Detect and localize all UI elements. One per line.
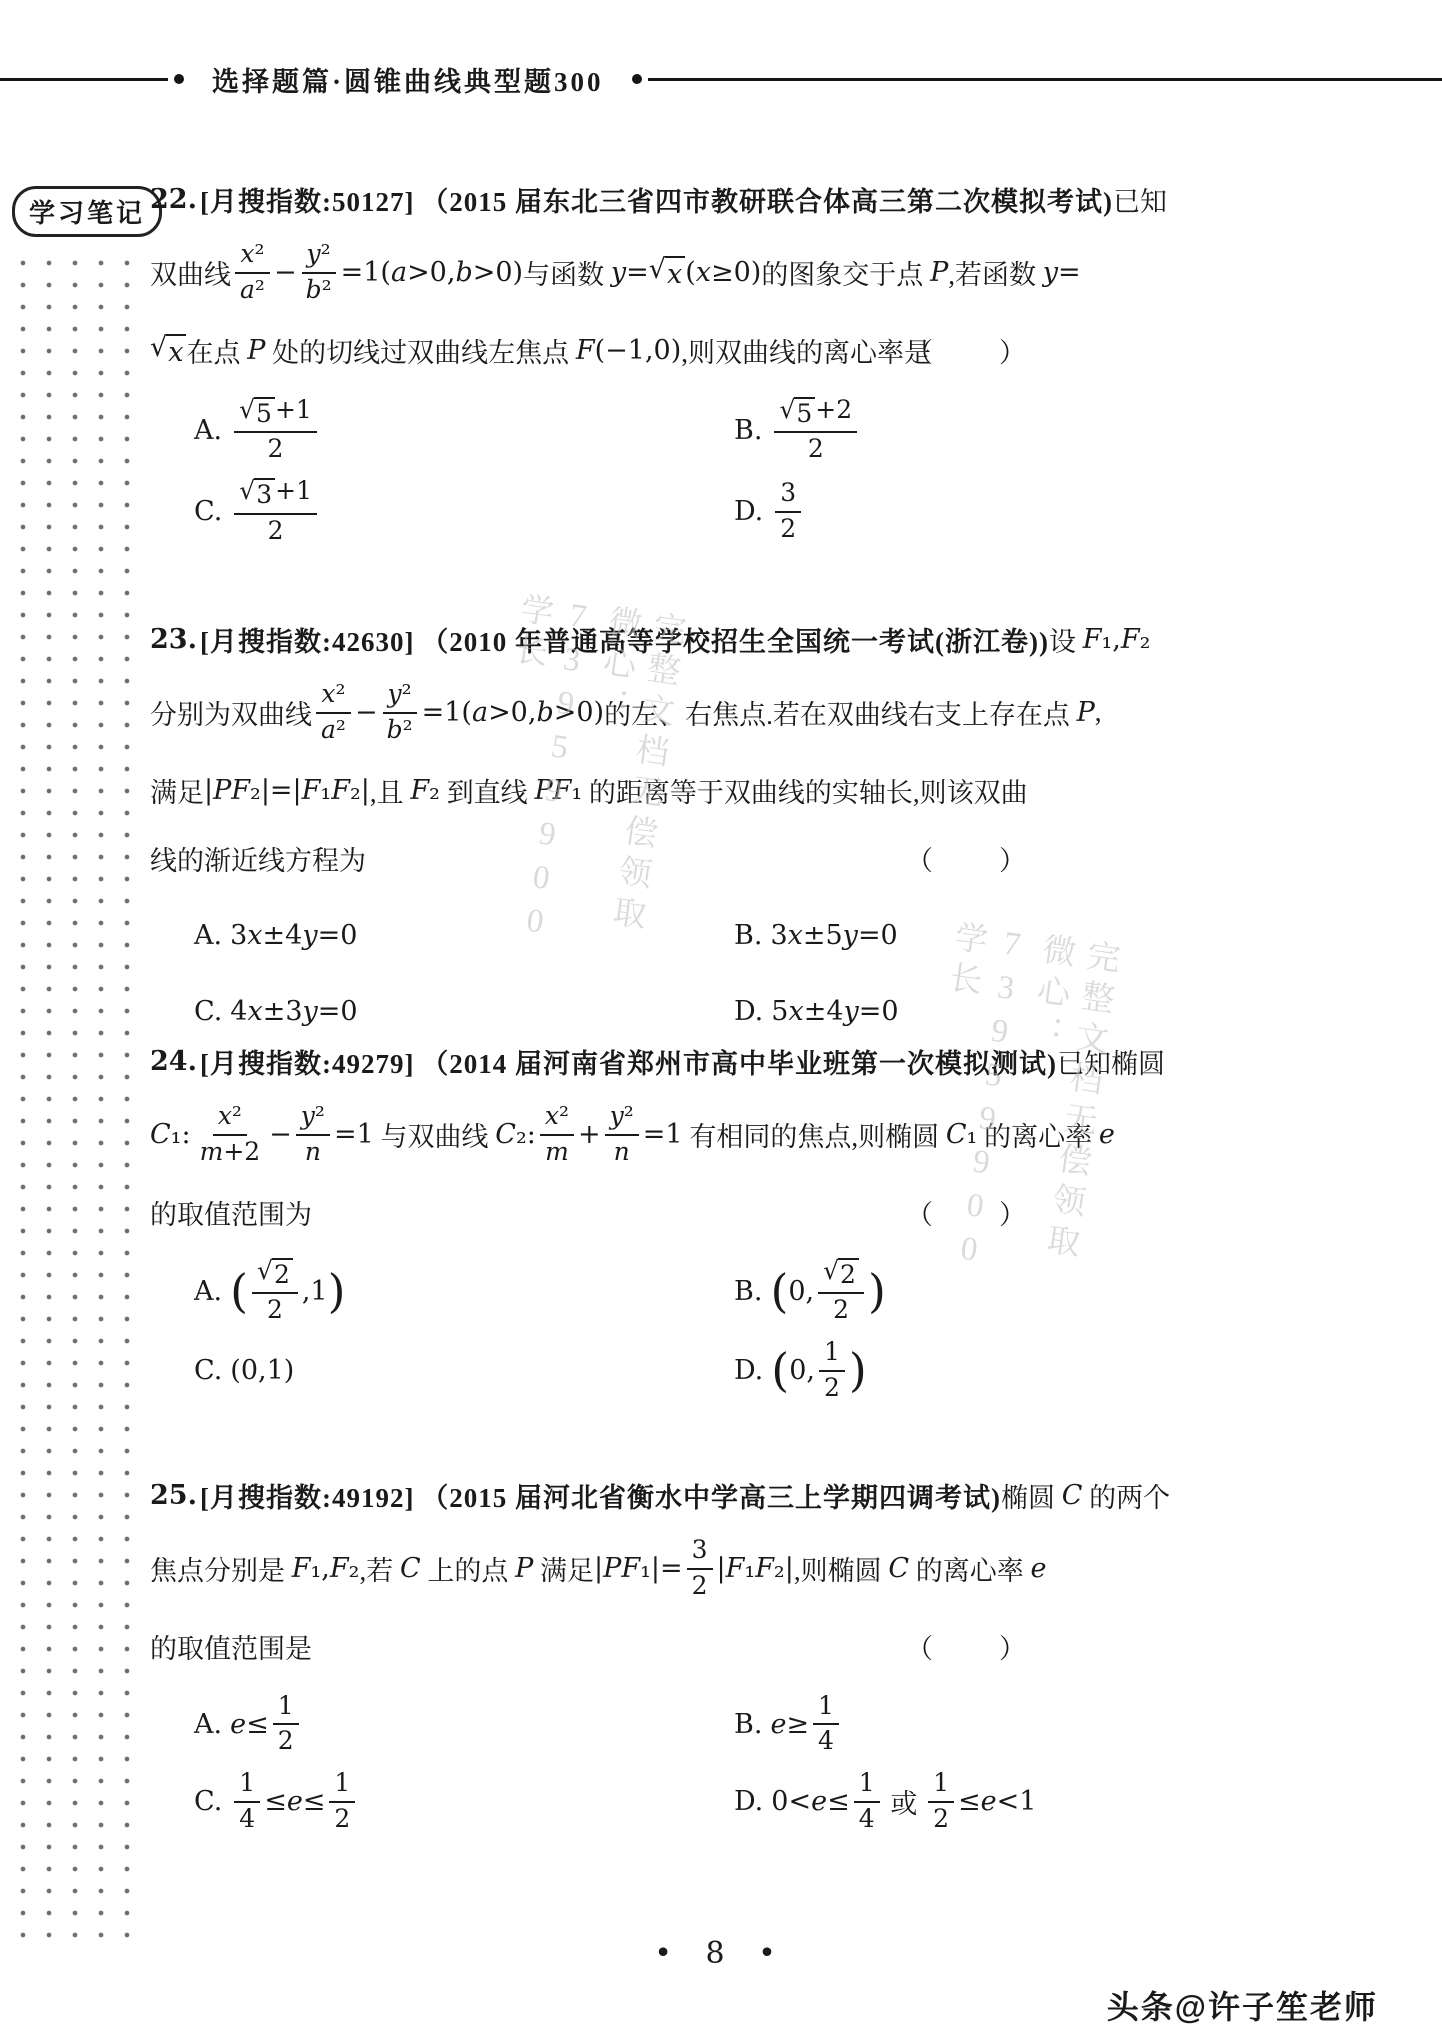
math-run: +1 bbox=[275, 476, 312, 505]
big-paren: ) bbox=[849, 1348, 867, 1394]
math-run: 2 bbox=[780, 514, 796, 543]
fraction-numerator: √2 bbox=[252, 1258, 298, 1295]
math-run: P bbox=[515, 1553, 533, 1584]
math-run: x² bbox=[321, 679, 345, 708]
fraction-denominator: b² bbox=[382, 714, 418, 746]
math-run: x² bbox=[545, 1101, 569, 1130]
radical-icon: √ bbox=[823, 1258, 839, 1291]
math-run: P bbox=[1077, 697, 1095, 728]
math-run: x bbox=[168, 337, 183, 368]
fraction: 14 bbox=[813, 1692, 839, 1758]
math-run: b² bbox=[387, 715, 413, 744]
math-run: +2 bbox=[815, 395, 852, 424]
fraction-denominator: 2 bbox=[262, 433, 288, 465]
fraction-denominator: 2 bbox=[273, 1725, 299, 1757]
question-line: 的取值范围是（ ） bbox=[150, 1624, 1320, 1670]
fraction-denominator: a² bbox=[235, 274, 270, 306]
math-run: y= bbox=[1043, 257, 1081, 288]
options-row: A.(√22,1)B.(0,√22) bbox=[150, 1258, 1320, 1327]
math-run: a² bbox=[321, 715, 346, 744]
option-C: C.4x±3y=0 bbox=[194, 996, 734, 1027]
fraction-numerator: y² bbox=[296, 1102, 330, 1136]
fraction: √5+22 bbox=[774, 396, 857, 466]
text-run: 的离心率 bbox=[977, 1115, 1099, 1154]
text-run bbox=[414, 1046, 421, 1077]
fraction-numerator: 3 bbox=[775, 479, 801, 513]
fraction-numerator: y² bbox=[383, 680, 417, 714]
math-run: P bbox=[247, 335, 265, 366]
question-number: 22. bbox=[150, 184, 197, 215]
fraction: √22 bbox=[252, 1258, 298, 1327]
math-run: x bbox=[667, 259, 682, 290]
math-run: P bbox=[930, 257, 948, 288]
fraction: y²n bbox=[605, 1102, 639, 1168]
option-label: D. bbox=[734, 996, 763, 1027]
math-run: 4 bbox=[859, 1804, 875, 1833]
radical-icon: √ bbox=[150, 334, 167, 368]
math-run: F₁,F₂ bbox=[1083, 624, 1151, 655]
option-label: C. bbox=[194, 996, 222, 1027]
option-B: B.(0,√22) bbox=[734, 1258, 1274, 1327]
math-run: b² bbox=[306, 275, 332, 304]
math-run: 3 bbox=[256, 480, 272, 509]
question-line: 分别为双曲线x²a²−y²b²=1(a>0,b>0)的左、右焦点.若在双曲线右支… bbox=[150, 680, 1320, 746]
fraction-numerator: y² bbox=[605, 1102, 639, 1136]
option-label: C. bbox=[194, 496, 222, 527]
sqrt-arg: 5 bbox=[254, 397, 275, 430]
question-line: 25.[月搜指数:49192] （2015 届河北省衡水中学高三上学期四调考试)… bbox=[150, 1472, 1320, 1518]
text-run: 满足 bbox=[150, 771, 204, 810]
text-run: ,若函数 bbox=[948, 253, 1043, 292]
exam-source: （2014 届河南省郑州市高中毕业班第一次模拟测试) bbox=[421, 1042, 1057, 1081]
option-label: B. bbox=[734, 920, 762, 951]
math-run: |PF₂|=|F₁F₂| bbox=[204, 775, 370, 806]
math-run: − bbox=[269, 1119, 292, 1150]
question-24: 24.[月搜指数:49279] （2014 届河南省郑州市高中毕业班第一次模拟测… bbox=[150, 1038, 1320, 1416]
option-B: B.e≥14 bbox=[734, 1692, 1274, 1758]
math-run: + bbox=[578, 1119, 601, 1150]
fraction-denominator: 4 bbox=[234, 1803, 260, 1835]
options-row: A.√5+12B.√5+22 bbox=[150, 396, 1320, 466]
exam-source: （2010 年普通高等学校招生全国统一考试(浙江卷)) bbox=[421, 620, 1049, 659]
option-label: D. bbox=[734, 1355, 763, 1386]
math-run: 0<e≤ bbox=[771, 1786, 849, 1817]
math-run: F(−1,0) bbox=[576, 335, 681, 366]
math-run: =1(a>0,b>0) bbox=[422, 697, 604, 728]
fraction-denominator: 4 bbox=[813, 1725, 839, 1757]
math-run: 4x±3y=0 bbox=[230, 996, 357, 1027]
fraction-numerator: 1 bbox=[819, 1338, 845, 1372]
option-C: C.(0,1) bbox=[194, 1355, 734, 1386]
text-run: 或 bbox=[884, 1782, 925, 1821]
options-row: C.14≤e≤12D.0<e≤14 或 12≤e<1 bbox=[150, 1769, 1320, 1835]
fraction-denominator: 2 bbox=[803, 433, 829, 465]
math-run: 3x±5y=0 bbox=[770, 920, 897, 951]
sqrt-expression: √2 bbox=[823, 1258, 859, 1291]
option-label: D. bbox=[734, 1786, 763, 1817]
search-index-tag: [月搜指数:49192] bbox=[200, 1476, 414, 1515]
text-run: 的取值范围是 bbox=[150, 1627, 312, 1666]
math-run: 2 bbox=[833, 1295, 849, 1324]
text-run: ,则双曲线的离心率是 bbox=[681, 331, 931, 370]
fraction-denominator: 2 bbox=[262, 1294, 288, 1326]
fraction-numerator: 1 bbox=[813, 1692, 839, 1726]
math-run: 5 bbox=[256, 399, 272, 428]
text-run: 设 bbox=[1049, 620, 1083, 659]
fraction-denominator: 2 bbox=[828, 1294, 854, 1326]
fraction-numerator: √3+1 bbox=[234, 477, 317, 515]
fraction: x²a² bbox=[235, 240, 270, 306]
fraction: 32 bbox=[775, 479, 801, 545]
fraction: √5+12 bbox=[234, 396, 317, 466]
math-run: ,1 bbox=[302, 1276, 328, 1307]
radical-icon: √ bbox=[239, 397, 255, 430]
option-A: A.e≤12 bbox=[194, 1692, 734, 1758]
sqrt-expression: √3 bbox=[239, 478, 275, 511]
math-run: 1 bbox=[824, 1337, 840, 1366]
option-A: A.√5+12 bbox=[194, 396, 734, 466]
option-D: D.5x±4y=0 bbox=[734, 996, 1274, 1027]
sqrt-expression: √5 bbox=[239, 397, 275, 430]
option-C: C.√3+12 bbox=[194, 477, 734, 547]
text-run: 的左、右焦点.若在双曲线右支上存在点 bbox=[604, 693, 1077, 732]
text-run: 已知椭圆 bbox=[1057, 1042, 1165, 1081]
questions-area: 22.[月搜指数:50127] （2015 届东北三省四市教研联合体高三第二次模… bbox=[150, 0, 1330, 2044]
fraction-numerator: x² bbox=[540, 1102, 574, 1136]
fraction-denominator: a² bbox=[316, 714, 351, 746]
answer-parentheses: （ ） bbox=[906, 839, 1030, 878]
math-run: 2 bbox=[840, 1260, 856, 1289]
fraction: 12 bbox=[329, 1769, 355, 1835]
math-run: 1 bbox=[278, 1691, 294, 1720]
fraction: 12 bbox=[819, 1338, 845, 1404]
sqrt-expression: √x bbox=[649, 256, 685, 290]
fraction-denominator: n bbox=[609, 1136, 635, 1168]
math-run: − bbox=[274, 257, 297, 288]
math-run: n bbox=[305, 1137, 321, 1166]
text-run: 在点 bbox=[186, 331, 247, 370]
fraction-denominator: 2 bbox=[263, 515, 289, 547]
math-run: a² bbox=[240, 275, 265, 304]
math-run: C₁: bbox=[150, 1119, 191, 1150]
math-run: C bbox=[888, 1553, 909, 1584]
question-line: 22.[月搜指数:50127] （2015 届东北三省四市教研联合体高三第二次模… bbox=[150, 176, 1320, 222]
text-run: 线的渐近线方程为 bbox=[150, 839, 366, 878]
math-run: (x≥0) bbox=[685, 257, 761, 288]
math-run: C bbox=[1062, 1480, 1083, 1511]
math-run: 2 bbox=[274, 1260, 290, 1289]
option-label: B. bbox=[734, 415, 762, 446]
question-line: C₁:x²m+2−y²n=1 与双曲线 C₂:x²m+y²n=1 有相同的焦点,… bbox=[150, 1102, 1320, 1168]
text-run: 与函数 bbox=[523, 253, 611, 292]
text-run: 分别为双曲线 bbox=[150, 693, 312, 732]
fraction-numerator: x² bbox=[316, 680, 350, 714]
fraction: x²a² bbox=[316, 680, 351, 746]
radical-icon: √ bbox=[257, 1258, 273, 1291]
question-number: 24. bbox=[150, 1046, 197, 1077]
fraction: 32 bbox=[687, 1536, 713, 1602]
fraction-numerator: 3 bbox=[687, 1536, 713, 1570]
text-run: 椭圆 bbox=[1001, 1476, 1062, 1515]
sqrt-arg: 2 bbox=[838, 1258, 859, 1291]
math-run: 1 bbox=[859, 1768, 875, 1797]
math-run: y² bbox=[388, 679, 412, 708]
text-run: 满足 bbox=[533, 1549, 594, 1588]
question-line: 的取值范围为（ ） bbox=[150, 1190, 1320, 1236]
text-run: 的距离等于双曲线的实轴长,则该双曲 bbox=[582, 771, 1028, 810]
text-run: , bbox=[1095, 697, 1102, 728]
math-run: y² bbox=[610, 1101, 634, 1130]
math-run: =1(a>0,b>0) bbox=[341, 257, 523, 288]
study-notes-label: 学习笔记 bbox=[12, 186, 162, 237]
math-run: C bbox=[400, 1553, 421, 1584]
text-run: 焦点分别是 bbox=[150, 1549, 292, 1588]
options-row: A.3x±4y=0B.3x±5y=0 bbox=[150, 904, 1320, 968]
question-line: 焦点分别是 F₁,F₂,若 C 上的点 P 满足|PF₁|=32|F₁F₂|,则… bbox=[150, 1536, 1320, 1602]
fraction-denominator: 2 bbox=[775, 513, 801, 545]
exam-source: （2015 届东北三省四市教研联合体高三第二次模拟考试) bbox=[421, 180, 1113, 219]
math-run: 2 bbox=[267, 1295, 283, 1324]
sqrt-arg: x bbox=[166, 334, 186, 368]
math-run: PF₁ bbox=[534, 775, 582, 806]
math-run: e≥ bbox=[770, 1709, 809, 1740]
footer-credit: 头条@许子笙老师 bbox=[1107, 1982, 1378, 2028]
question-line: 满足|PF₂|=|F₁F₂|,且 F₂ 到直线 PF₁ 的距离等于双曲线的实轴长… bbox=[150, 768, 1320, 814]
math-run: e bbox=[1099, 1119, 1115, 1150]
math-run: x² bbox=[240, 239, 264, 268]
math-run: C₁ bbox=[946, 1119, 978, 1150]
fraction: 12 bbox=[273, 1692, 299, 1758]
search-index-tag: [月搜指数:50127] bbox=[200, 180, 414, 219]
option-C: C.14≤e≤12 bbox=[194, 1769, 734, 1835]
math-run: 2 bbox=[933, 1804, 949, 1833]
text-run bbox=[414, 184, 421, 215]
math-run: 1 bbox=[334, 1768, 350, 1797]
math-run: 2 bbox=[267, 434, 283, 463]
math-run: 5 bbox=[796, 399, 812, 428]
fraction: x²m+2 bbox=[195, 1102, 266, 1168]
fraction-numerator: 1 bbox=[273, 1692, 299, 1726]
option-B: B.3x±5y=0 bbox=[734, 920, 1274, 951]
answer-parentheses: （ ） bbox=[906, 1193, 1030, 1232]
math-run: e bbox=[1031, 1553, 1047, 1584]
fraction-numerator: 1 bbox=[329, 1769, 355, 1803]
exam-source: （2015 届河北省衡水中学高三上学期四调考试) bbox=[421, 1476, 1001, 1515]
fraction: y²b² bbox=[382, 680, 418, 746]
math-run: F₁,F₂ bbox=[292, 1553, 360, 1584]
options-row: A.e≤12B.e≥14 bbox=[150, 1692, 1320, 1758]
options-row: C.4x±3y=0D.5x±4y=0 bbox=[150, 980, 1320, 1044]
page-number: • 8 • bbox=[0, 1936, 1442, 1971]
math-run: y² bbox=[307, 239, 331, 268]
sqrt-arg: 3 bbox=[254, 478, 275, 511]
math-run: 3x±4y=0 bbox=[230, 920, 357, 951]
fraction-numerator: y² bbox=[302, 240, 336, 274]
math-run: 0, bbox=[788, 1276, 814, 1307]
math-run: y= bbox=[611, 257, 649, 288]
math-run: =1 bbox=[643, 1119, 683, 1150]
big-paren: ( bbox=[771, 1348, 789, 1394]
fraction-denominator: b² bbox=[301, 274, 337, 306]
math-run: m bbox=[545, 1137, 569, 1166]
math-run: 3 bbox=[780, 478, 796, 507]
text-run bbox=[414, 624, 421, 655]
fraction-denominator: 2 bbox=[329, 1803, 355, 1835]
option-label: D. bbox=[734, 496, 763, 527]
math-run: x² bbox=[218, 1101, 242, 1130]
fraction-denominator: 2 bbox=[928, 1803, 954, 1835]
option-D: D.0<e≤14 或 12≤e<1 bbox=[734, 1769, 1274, 1835]
fraction-numerator: √5+2 bbox=[774, 396, 857, 434]
fraction-denominator: 2 bbox=[819, 1372, 845, 1404]
text-run: 上的点 bbox=[421, 1549, 516, 1588]
big-paren: ) bbox=[868, 1269, 886, 1315]
fraction: 14 bbox=[234, 1769, 260, 1835]
text-run: 有相同的焦点,则椭圆 bbox=[683, 1115, 946, 1154]
math-run: y² bbox=[301, 1101, 325, 1130]
math-run: |F₁F₂| bbox=[717, 1553, 794, 1584]
option-label: B. bbox=[734, 1709, 762, 1740]
option-label: A. bbox=[194, 1709, 222, 1740]
math-run: 3 bbox=[692, 1535, 708, 1564]
sqrt-arg: 5 bbox=[794, 397, 815, 430]
option-label: C. bbox=[194, 1355, 222, 1386]
question-number: 23. bbox=[150, 624, 197, 655]
question-line: 24.[月搜指数:49279] （2014 届河南省郑州市高中毕业班第一次模拟测… bbox=[150, 1038, 1320, 1084]
fraction: x²m bbox=[540, 1102, 574, 1168]
question-number: 25. bbox=[150, 1480, 197, 1511]
math-run: 4 bbox=[239, 1804, 255, 1833]
option-A: A.3x±4y=0 bbox=[194, 920, 734, 951]
fraction: √3+12 bbox=[234, 477, 317, 547]
question-line: √x在点 P 处的切线过双曲线左焦点 F(−1,0),则双曲线的离心率是（ ） bbox=[150, 328, 1320, 374]
fraction-numerator: x² bbox=[213, 1102, 247, 1136]
math-run: m+2 bbox=[200, 1137, 261, 1166]
fraction-denominator: m bbox=[540, 1136, 574, 1168]
text-run: 到直线 bbox=[440, 771, 535, 810]
math-run: C₂: bbox=[495, 1119, 536, 1150]
math-run: |PF₁|= bbox=[594, 1553, 683, 1584]
fraction-denominator: 2 bbox=[687, 1570, 713, 1602]
fraction: 12 bbox=[928, 1769, 954, 1835]
answer-parentheses: （ ） bbox=[906, 1627, 1030, 1666]
option-A: A.(√22,1) bbox=[194, 1258, 734, 1327]
text-run: ,且 bbox=[370, 771, 411, 810]
text-run bbox=[414, 1480, 421, 1511]
option-label: C. bbox=[194, 1786, 222, 1817]
notes-dot-grid bbox=[6, 250, 136, 1945]
search-index-tag: [月搜指数:42630] bbox=[200, 620, 414, 659]
fraction: √22 bbox=[818, 1258, 864, 1327]
search-index-tag: [月搜指数:49279] bbox=[200, 1042, 414, 1081]
radical-icon: √ bbox=[239, 478, 255, 511]
sqrt-expression: √x bbox=[150, 334, 186, 368]
math-run: 5x±4y=0 bbox=[771, 996, 898, 1027]
option-label: A. bbox=[194, 415, 222, 446]
fraction-denominator: n bbox=[300, 1136, 326, 1168]
option-D: D.(0,12) bbox=[734, 1338, 1274, 1404]
fraction-numerator: 1 bbox=[854, 1769, 880, 1803]
question-23: 23.[月搜指数:42630] （2010 年普通高等学校招生全国统一考试(浙江… bbox=[150, 616, 1320, 1056]
radical-icon: √ bbox=[649, 256, 666, 290]
option-label: A. bbox=[194, 1276, 222, 1307]
math-run: 2 bbox=[824, 1373, 840, 1402]
option-D: D.32 bbox=[734, 479, 1274, 545]
math-run: n bbox=[614, 1137, 630, 1166]
question-line: 双曲线x²a²−y²b²=1(a>0,b>0)与函数 y=√x(x≥0)的图象交… bbox=[150, 240, 1320, 306]
math-run: 1 bbox=[933, 1768, 949, 1797]
question-line: 23.[月搜指数:42630] （2010 年普通高等学校招生全国统一考试(浙江… bbox=[150, 616, 1320, 662]
math-run: 2 bbox=[808, 434, 824, 463]
answer-parentheses: （ ） bbox=[906, 331, 1030, 370]
sqrt-arg: x bbox=[665, 256, 685, 290]
option-label: B. bbox=[734, 1276, 762, 1307]
text-run: 处的切线过双曲线左焦点 bbox=[265, 331, 576, 370]
math-run: e≤ bbox=[230, 1709, 269, 1740]
option-B: B.√5+22 bbox=[734, 396, 1274, 466]
math-run: 2 bbox=[692, 1571, 708, 1600]
text-run: ,则椭圆 bbox=[794, 1549, 889, 1588]
big-paren: ) bbox=[328, 1269, 346, 1315]
radical-icon: √ bbox=[779, 397, 795, 430]
text-run: 的离心率 bbox=[909, 1549, 1031, 1588]
header-rule-left bbox=[0, 78, 168, 81]
fraction-numerator: 1 bbox=[234, 1769, 260, 1803]
text-run: 的取值范围为 bbox=[150, 1193, 312, 1232]
math-run: ≤e<1 bbox=[958, 1786, 1036, 1817]
sqrt-arg: 2 bbox=[272, 1258, 293, 1291]
text-run: ,若 bbox=[359, 1549, 400, 1588]
math-run: =1 bbox=[334, 1119, 374, 1150]
text-run: 的两个 bbox=[1082, 1476, 1170, 1515]
question-line: 线的渐近线方程为（ ） bbox=[150, 836, 1320, 882]
math-run: 1 bbox=[818, 1691, 834, 1720]
big-paren: ( bbox=[230, 1269, 248, 1315]
options-row: C.√3+12D.32 bbox=[150, 477, 1320, 547]
fraction: 14 bbox=[854, 1769, 880, 1835]
text-run: 与双曲线 bbox=[374, 1115, 496, 1154]
fraction: y²n bbox=[296, 1102, 330, 1168]
fraction: y²b² bbox=[301, 240, 337, 306]
math-run: 1 bbox=[239, 1768, 255, 1797]
fraction-numerator: 1 bbox=[928, 1769, 954, 1803]
math-run: (0,1) bbox=[230, 1355, 294, 1386]
fraction-numerator: x² bbox=[235, 240, 269, 274]
math-run: 2 bbox=[334, 1804, 350, 1833]
fraction-denominator: 4 bbox=[854, 1803, 880, 1835]
fraction-numerator: √5+1 bbox=[234, 396, 317, 434]
text-run: 双曲线 bbox=[150, 253, 231, 292]
sqrt-expression: √2 bbox=[257, 1258, 293, 1291]
math-run: 2 bbox=[268, 516, 284, 545]
text-run: 的图象交于点 bbox=[761, 253, 930, 292]
math-run: +1 bbox=[275, 395, 312, 424]
sqrt-expression: √5 bbox=[779, 397, 815, 430]
big-paren: ( bbox=[770, 1269, 788, 1315]
math-run: − bbox=[355, 697, 378, 728]
text-run: 已知 bbox=[1113, 180, 1167, 219]
question-25: 25.[月搜指数:49192] （2015 届河北省衡水中学高三上学期四调考试)… bbox=[150, 1472, 1320, 1847]
fraction-numerator: √2 bbox=[818, 1258, 864, 1295]
math-run: 4 bbox=[818, 1726, 834, 1755]
question-22: 22.[月搜指数:50127] （2015 届东北三省四市教研联合体高三第二次模… bbox=[150, 176, 1320, 559]
math-run: 0, bbox=[789, 1355, 815, 1386]
math-run: ≤e≤ bbox=[264, 1786, 325, 1817]
fraction-denominator: m+2 bbox=[195, 1136, 266, 1168]
option-label: A. bbox=[194, 920, 222, 951]
options-row: C.(0,1)D.(0,12) bbox=[150, 1338, 1320, 1404]
math-run: 2 bbox=[278, 1726, 294, 1755]
